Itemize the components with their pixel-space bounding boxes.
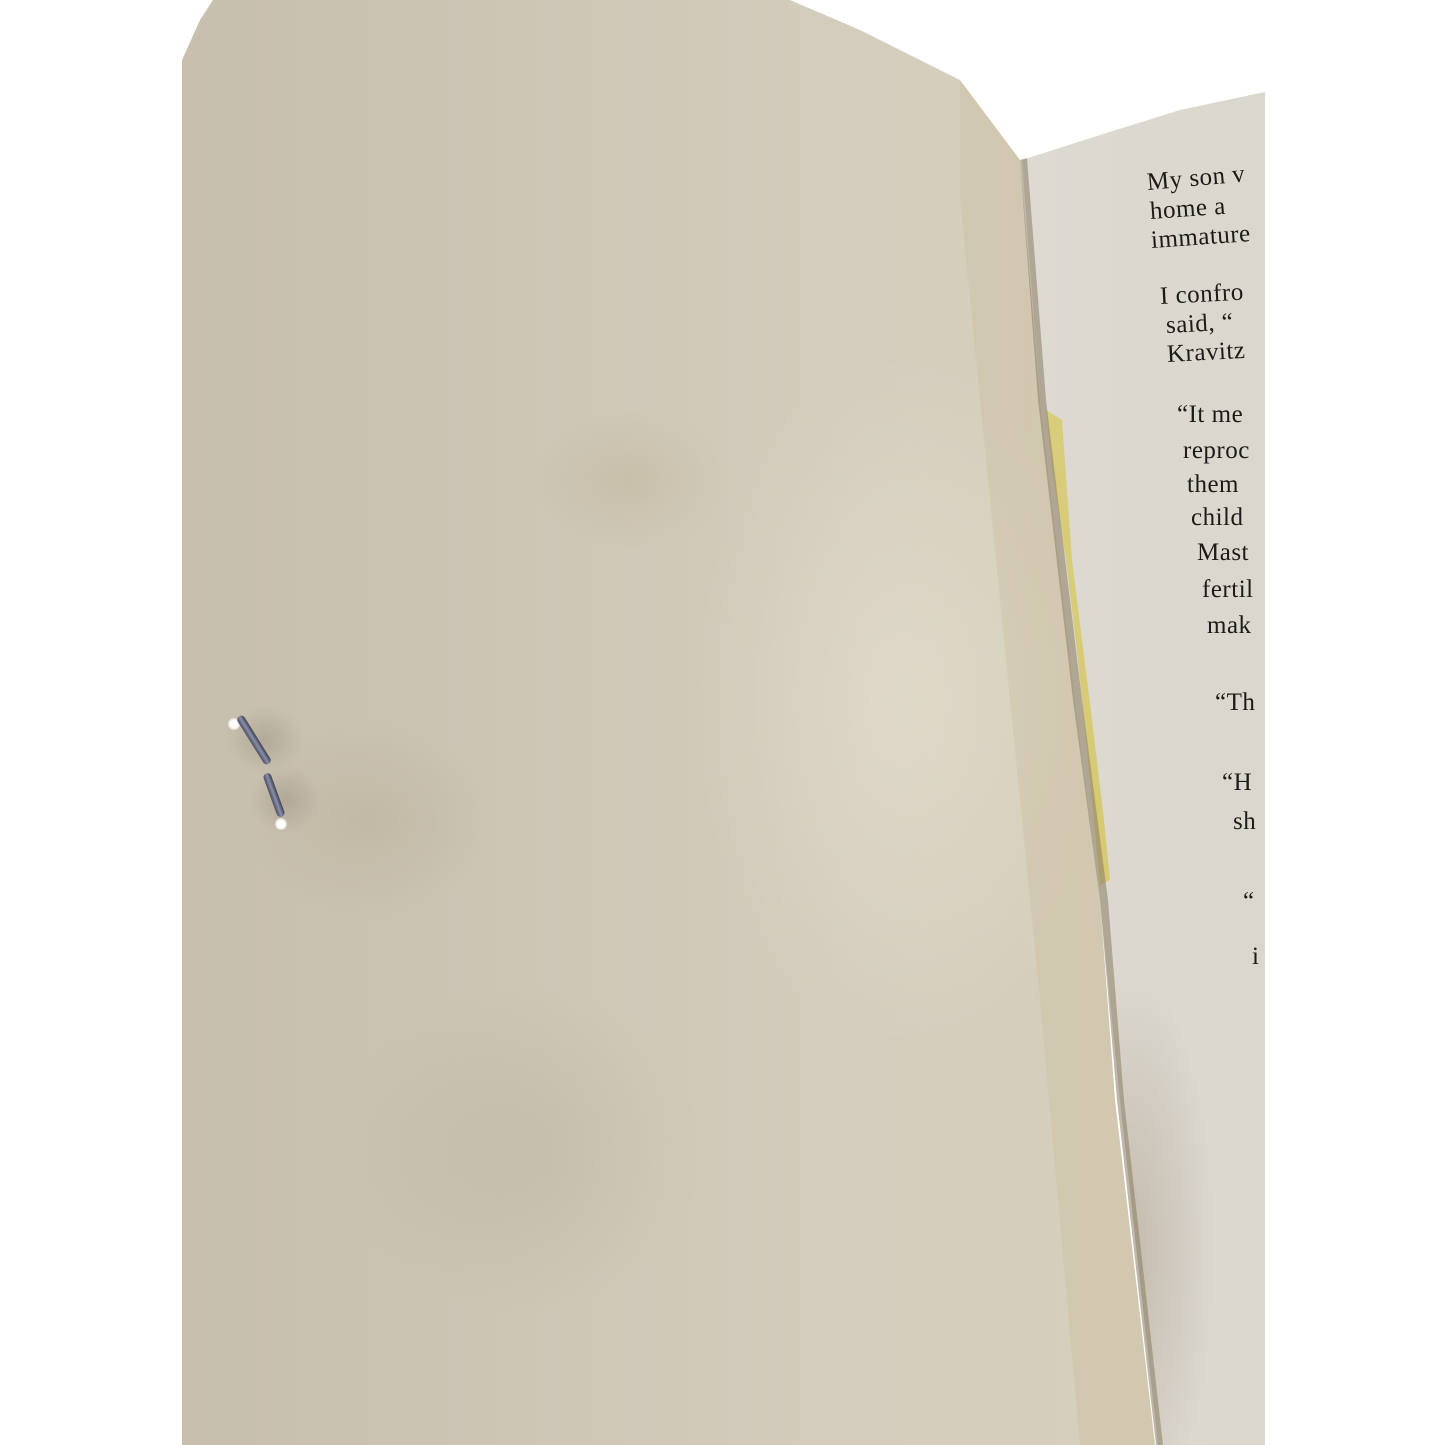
text-line: immature [1150, 219, 1252, 255]
text-line: “H [1222, 768, 1252, 797]
text-line: “Th [1215, 688, 1255, 717]
text-line: fertil [1202, 575, 1254, 604]
text-line: i [1252, 942, 1259, 971]
photo-scene: My son v home a immature I confro said, … [0, 0, 1445, 1445]
right-page-text: My son v home a immature I confro said, … [0, 0, 1265, 1445]
text-line: child [1191, 503, 1244, 532]
text-line: “It me [1177, 400, 1243, 429]
text-line: mak [1207, 611, 1252, 640]
text-line: “ [1243, 887, 1255, 916]
text-line: sh [1233, 807, 1256, 836]
text-line: reproc [1183, 436, 1250, 465]
text-line: said, “ [1165, 307, 1234, 339]
text-line: I confro [1159, 278, 1244, 311]
text-line: Mast [1197, 538, 1249, 567]
text-line: Kravitz [1166, 336, 1246, 369]
text-line: My son v [1146, 159, 1247, 196]
text-line: them [1187, 470, 1239, 499]
